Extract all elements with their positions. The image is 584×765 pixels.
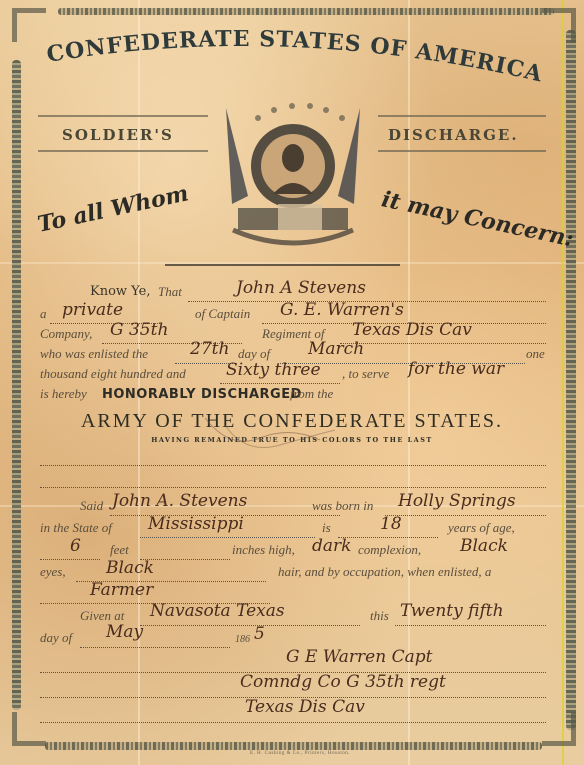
soldier-name-repeat: John A. Stevens — [112, 491, 247, 511]
honorably-discharged: HONORABLY DISCHARGED — [102, 387, 302, 402]
rank-value: private — [62, 300, 123, 320]
portrait-vignette — [218, 96, 368, 248]
enlist-day: 27th — [190, 339, 229, 359]
divider — [38, 150, 208, 152]
border-corner-ornament — [542, 712, 576, 746]
signature-unit: Texas Dis Cav — [245, 697, 365, 717]
soldier-name: John A Stevens — [236, 278, 366, 298]
year-line: thousand eight hundred and Sixty three ,… — [40, 366, 546, 388]
eye-color-value: Black — [460, 536, 508, 556]
given-place: Navasota Texas — [150, 601, 285, 621]
signature-line-3: Texas Dis Cav — [40, 705, 546, 727]
border-corner-ornament — [12, 8, 46, 42]
discharged-line: is hereby HONORABLY DISCHARGED from the — [40, 386, 546, 408]
border-corner-ornament — [542, 8, 576, 42]
complexion-value: dark — [312, 536, 351, 556]
ornate-border-bottom — [45, 742, 542, 750]
regiment-value: Texas Dis Cav — [352, 320, 472, 340]
enlist-month: March — [308, 339, 364, 359]
company-value: G 35th — [110, 320, 168, 340]
printer-imprint: E. H. Cushing & Co., Printers, Houston. — [250, 751, 350, 756]
given-month: May — [106, 622, 143, 642]
flag-icon — [226, 108, 248, 204]
ornate-border-left — [12, 60, 21, 710]
given-day: Twenty fifth — [400, 601, 504, 621]
divider — [378, 150, 546, 152]
ornate-border-top — [58, 8, 554, 15]
blank-line — [40, 470, 546, 492]
given-year-digit: 5 — [254, 624, 265, 644]
hair-color-value: Black — [106, 558, 154, 578]
soldiers-label: SOLDIER'S — [62, 126, 174, 144]
birthplace: Holly Springs — [398, 491, 516, 511]
flag-icon — [338, 108, 360, 204]
divider — [378, 115, 546, 117]
divider — [165, 264, 400, 266]
divider — [38, 115, 208, 117]
ornate-border-right — [566, 30, 576, 730]
signature-command: Comndg Co G 35th regt — [240, 672, 446, 692]
service-term: for the war — [408, 359, 504, 379]
scan-edge-line — [562, 0, 564, 765]
blank-line — [40, 448, 546, 470]
enlist-year: Sixty three — [226, 360, 321, 380]
company-line: Company, G 35th Regiment of Texas Dis Ca… — [40, 326, 546, 348]
age-value: 18 — [380, 514, 402, 534]
born-line: Said John A. Stevens was born in Holly S… — [40, 498, 546, 520]
occupation-value: Farmer — [90, 580, 153, 600]
discharge-label: DISCHARGE. — [388, 126, 519, 144]
captain-name: G. E. Warren's — [280, 300, 404, 320]
state-value: Mississippi — [148, 514, 244, 534]
signature-name-rank: G E Warren Capt — [286, 647, 432, 667]
height-feet: 6 — [70, 536, 81, 556]
